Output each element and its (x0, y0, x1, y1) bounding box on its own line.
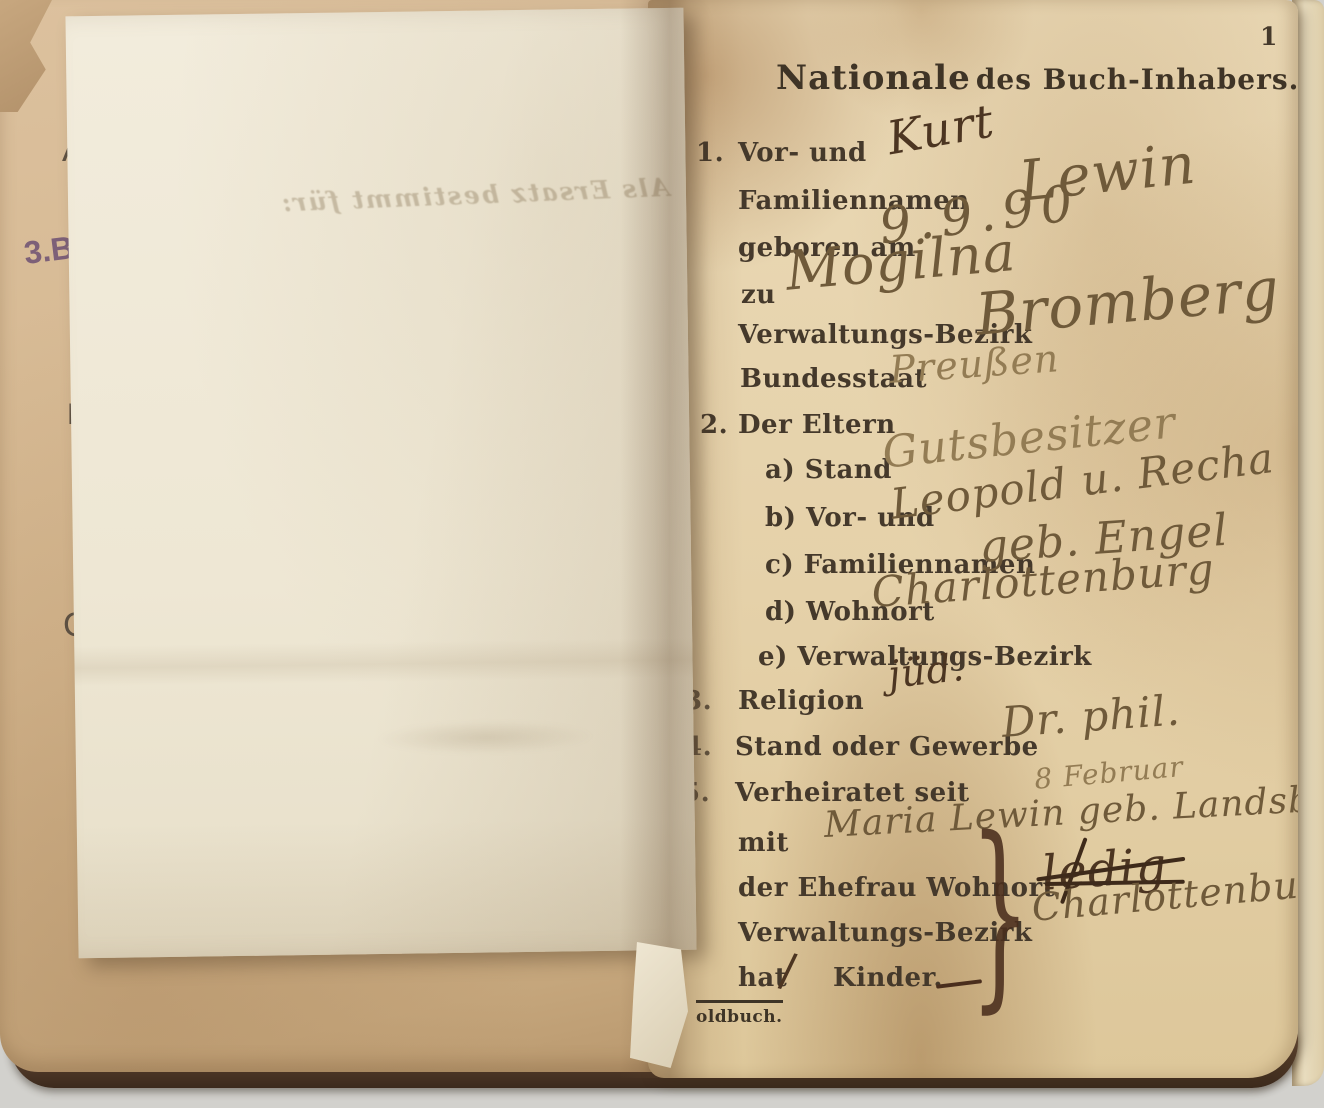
left-blank-page: Als Ersatz bestimmt für: (65, 8, 696, 959)
footnote: oldbuch. (696, 1000, 783, 1027)
page-title-rest: des Buch-Inhabers. (976, 63, 1298, 96)
fold-crease (74, 638, 692, 687)
entry-district: Bromberg (973, 254, 1282, 348)
label-kinder: Kinder. (833, 963, 943, 993)
footnote-text: oldbuch. (696, 1007, 783, 1027)
entry-religion: jüd. (886, 645, 967, 697)
entry-first-name: Kurt (883, 93, 998, 165)
label-no2: 2. (700, 410, 728, 440)
page-title: Nationale des Buch-Inhabers. (776, 58, 1298, 98)
label-stand-oder-gewerbe: Stand oder Gewerbe (735, 732, 1039, 762)
label-a-stand: a) Stand (765, 455, 892, 485)
label-vor-und: Vor- und (738, 138, 867, 168)
label-zu: zu (741, 280, 776, 310)
showthrough-mirrored-text: Als Ersatz bestimmt für: (280, 173, 670, 218)
label-religion: Religion (738, 686, 864, 716)
entry-profession: Dr. phil. (1000, 686, 1182, 747)
label-no1: 1. (696, 138, 724, 168)
page-title-main: Nationale (776, 58, 971, 98)
showthrough-smudge (375, 719, 595, 756)
label-mit: mit (738, 828, 789, 858)
nationale-form-page: 1 Nationale des Buch-Inhabers. 1. Vor- u… (648, 0, 1298, 1078)
handwritten-brace: } (970, 788, 1031, 1038)
scanned-soldbuch-document: A 3.B E C 1 Nationale des Buch-Inhabers.… (0, 0, 1324, 1108)
page-number: 1 (1260, 22, 1277, 51)
label-der-eltern: Der Eltern (738, 410, 896, 440)
